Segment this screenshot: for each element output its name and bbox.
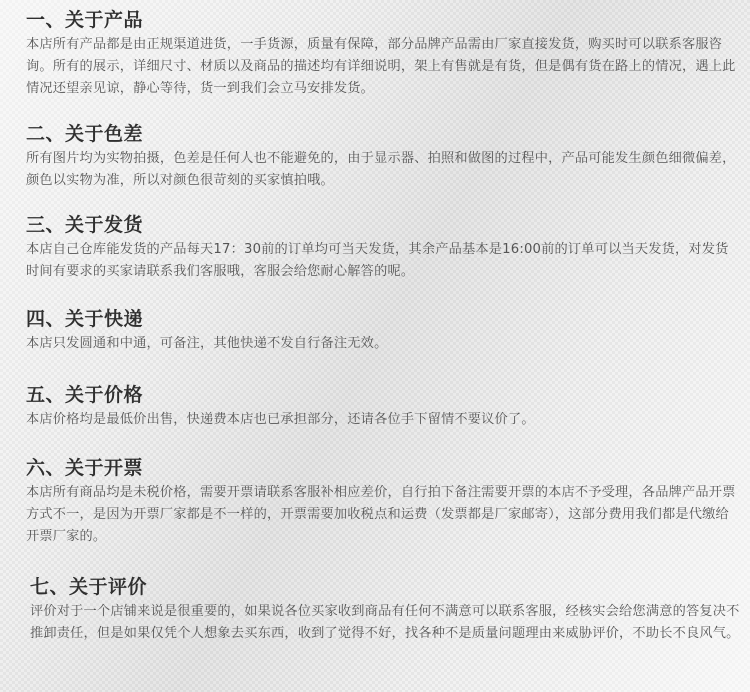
section-heading: 四、关于快递 [26,307,738,331]
section-about-color-difference: 二、关于色差 所有图片均为实物拍摄，色差是任何人也不能避免的，由于显示器、拍照和… [26,122,738,192]
section-about-courier: 四、关于快递 本店只发圆通和中通，可备注，其他快递不发自行备注无效。 [26,307,738,355]
section-heading: 二、关于色差 [26,122,738,146]
section-body: 评价对于一个店铺来说是很重要的，如果说各位买家收到商品有任何不满意可以联系客服，… [30,601,742,645]
section-heading: 三、关于发货 [26,213,738,237]
section-body: 本店只发圆通和中通，可备注，其他快递不发自行备注无效。 [26,333,738,355]
section-heading: 六、关于开票 [26,456,738,480]
section-about-shipping: 三、关于发货 本店自己仓库能发货的产品每天17：30前的订单均可当天发货，其余产… [26,213,738,283]
section-about-price: 五、关于价格 本店价格均是最低价出售，快递费本店也已承担部分，还请各位手下留情不… [26,383,738,431]
section-body: 本店价格均是最低价出售，快递费本店也已承担部分，还请各位手下留情不要议价了。 [26,409,738,431]
section-about-invoice: 六、关于开票 本店所有商品均是未税价格，需要开票请联系客服补相应差价，自行拍下备… [26,456,738,548]
section-body: 本店自己仓库能发货的产品每天17：30前的订单均可当天发货，其余产品基本是16:… [26,239,738,283]
section-about-reviews: 七、关于评价 评价对于一个店铺来说是很重要的，如果说各位买家收到商品有任何不满意… [30,575,742,645]
section-body: 所有图片均为实物拍摄，色差是任何人也不能避免的，由于显示器、拍照和做图的过程中，… [26,148,738,192]
section-body: 本店所有商品均是未税价格，需要开票请联系客服补相应差价，自行拍下备注需要开票的本… [26,482,738,548]
section-heading: 七、关于评价 [30,575,742,599]
section-heading: 一、关于产品 [26,8,738,32]
section-about-products: 一、关于产品 本店所有产品都是由正规渠道进货，一手货源，质量有保障，部分品牌产品… [26,8,738,100]
section-body: 本店所有产品都是由正规渠道进货，一手货源，质量有保障，部分品牌产品需由厂家直接发… [26,34,738,100]
section-heading: 五、关于价格 [26,383,738,407]
